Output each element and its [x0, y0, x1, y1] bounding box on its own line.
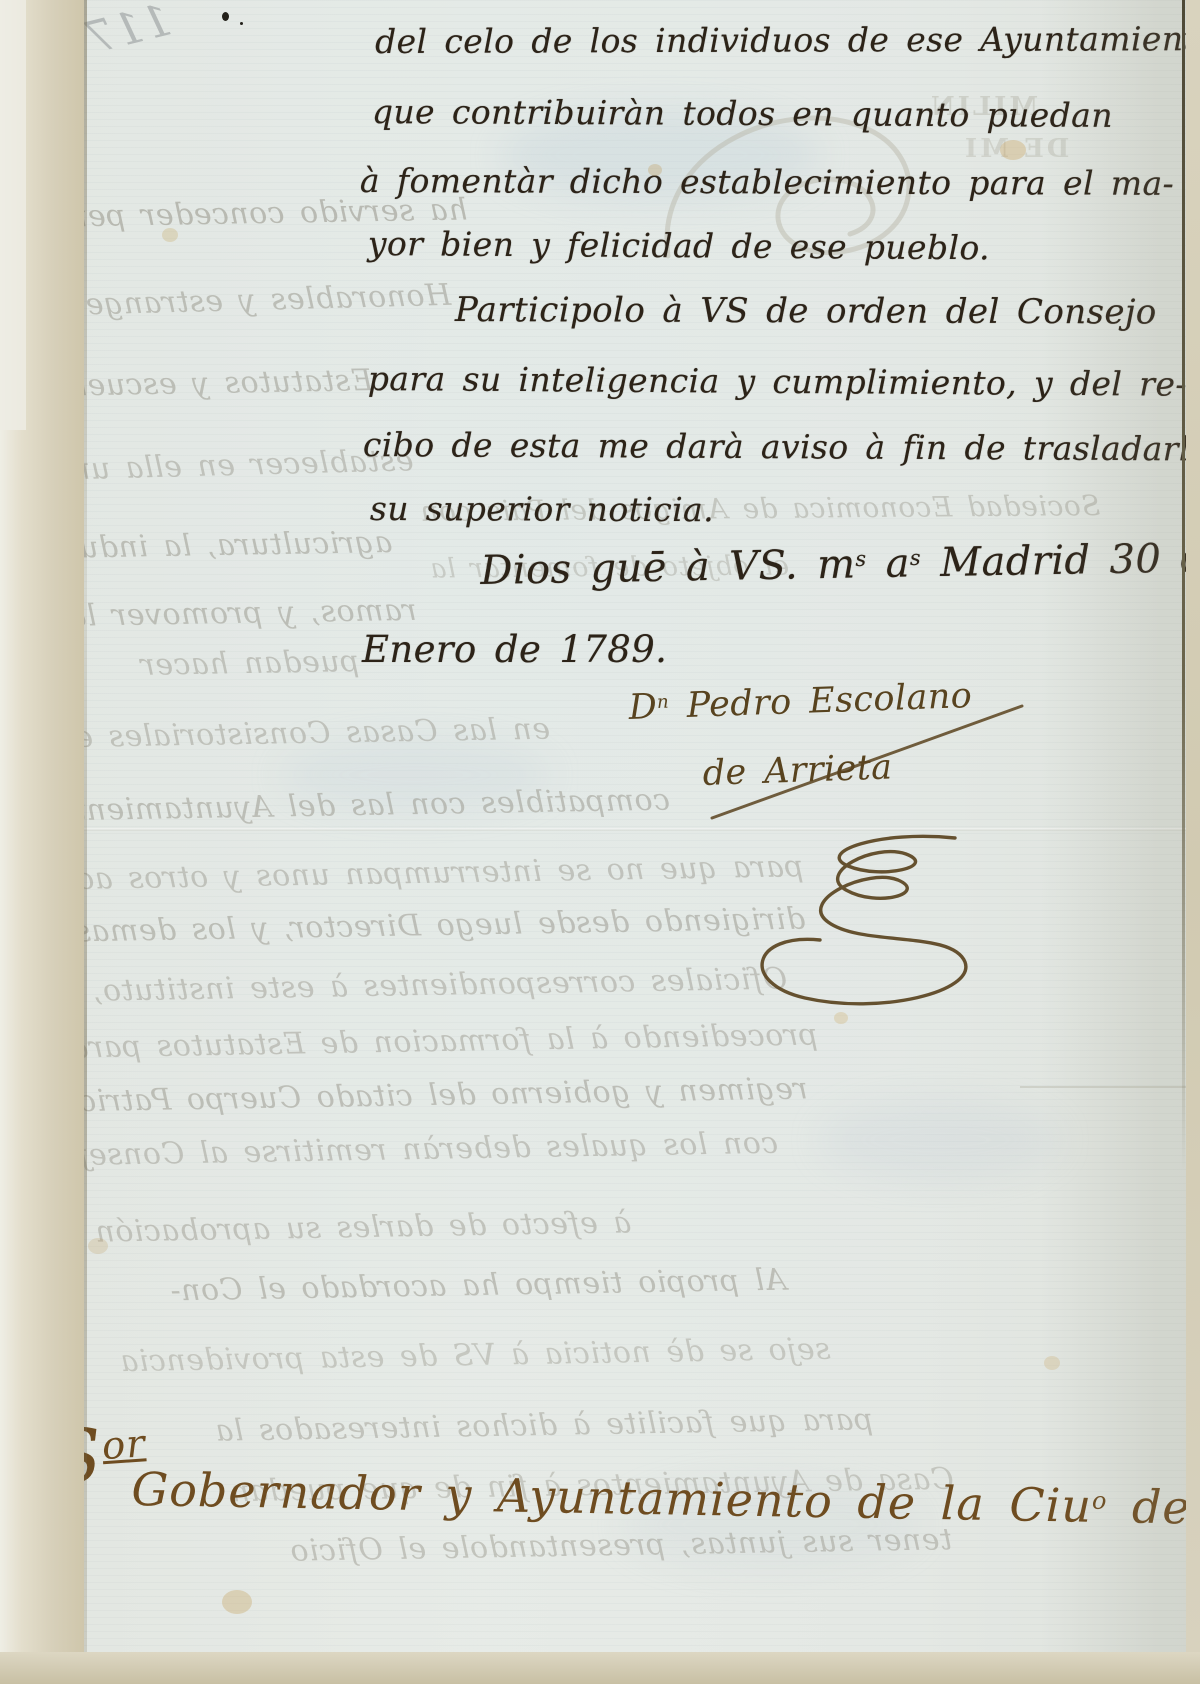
right-page-edge — [1186, 0, 1200, 1684]
bleedthrough-line: con los quales deberàn remitirse al Cons… — [60, 1126, 779, 1174]
right-edge-line — [1182, 0, 1185, 1170]
ink-stain — [648, 164, 662, 176]
date-line: Enero de 1789. — [362, 628, 667, 671]
left-edge-highlight — [0, 0, 26, 430]
bleedthrough-line: Honorables y estrangera — [52, 278, 452, 323]
horizontal-crease — [0, 828, 1200, 831]
ink-stain — [222, 1590, 252, 1614]
left-edge-crease-line — [84, 0, 87, 1684]
ink-stain — [88, 1238, 108, 1254]
bottom-page-edge — [0, 1652, 1200, 1684]
manuscript-line: yor bien y felicidad de ese pueblo. — [368, 224, 990, 267]
bleedthrough-line: à efecto de darles su aprobación — [95, 1205, 632, 1249]
closing-text: Dios guē à VS. m — [480, 541, 856, 594]
signature-rubric-flourish — [620, 690, 1040, 1020]
bleedthrough-line: procediendo à la formacion de Estatutos … — [70, 1017, 818, 1065]
ink-stain — [834, 1012, 848, 1024]
ink-speck — [240, 22, 243, 25]
ink-stain — [1000, 140, 1026, 160]
manuscript-line: que contribuiràn todos en quanto puedan — [372, 92, 1113, 135]
bleedthrough-page-number: 117 — [81, 0, 176, 65]
closing-text: a — [866, 541, 910, 588]
bleedthrough-line: regimen y gobierno del citado Cuerpo Pat… — [55, 1071, 808, 1119]
bleedthrough-line: Al propio tiempo ha acordado el Con- — [170, 1263, 787, 1309]
ink-speck — [222, 12, 229, 21]
manuscript-line: su superior noticia. — [370, 489, 714, 529]
bleedthrough-line: Estatutos y escuela- — [48, 363, 373, 404]
manuscript-page: ha servido conceder per-Honorables y est… — [0, 0, 1200, 1684]
bleedthrough-line: para que facilite à dichos interesados l… — [215, 1402, 874, 1448]
ink-stain — [162, 228, 178, 242]
closing-sup: s — [910, 546, 921, 570]
paper-mottle — [820, 1100, 1060, 1180]
closing-sup: s — [855, 547, 866, 571]
bleedthrough-line: agricultura, la indus- — [52, 525, 393, 566]
bleedthrough-line: establecer en ella una — [52, 443, 414, 487]
page-curvature-shading — [1040, 0, 1186, 1684]
bleedthrough-line: puedan hacer — [140, 644, 360, 683]
bleedthrough-line: sejo se dè noticia à VS de esta providen… — [120, 1332, 831, 1379]
bleedthrough-line: compatibles con las del Ayuntamiento — [55, 783, 671, 829]
